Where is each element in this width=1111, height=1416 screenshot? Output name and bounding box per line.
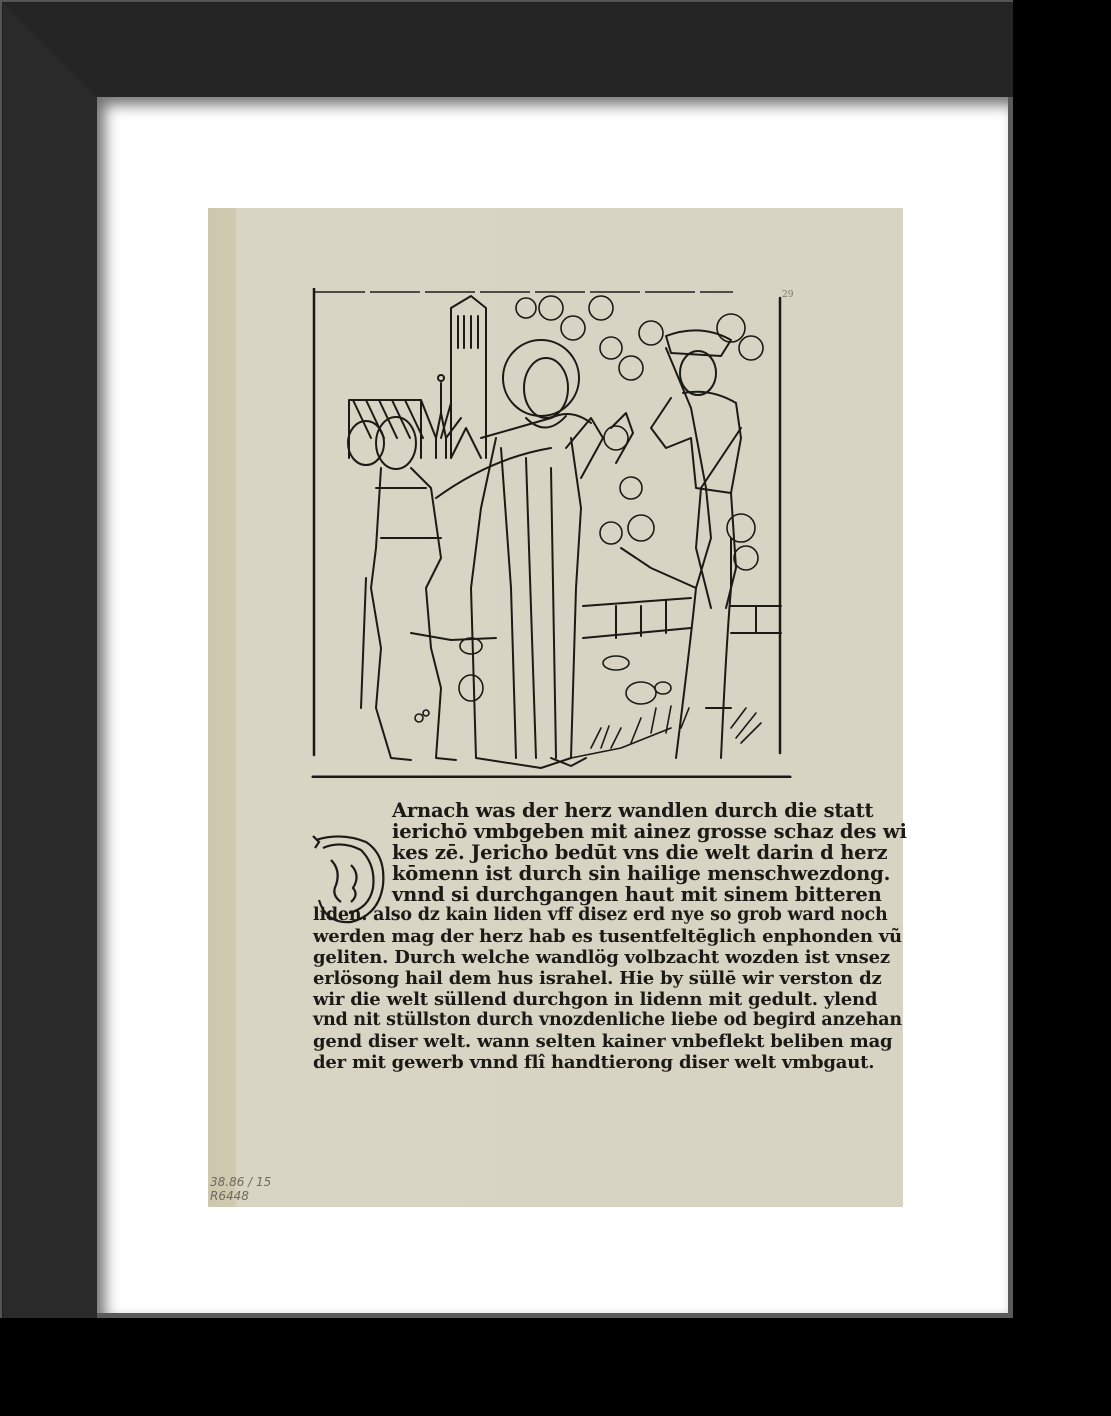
text-line-11: vnd nit stüllston durch vnozdenliche lie… (313, 1010, 793, 1031)
catalog-annotation: 38.86 / 15 R6448 (210, 1175, 271, 1203)
annotation-accession: 38.86 / 15 (210, 1175, 271, 1189)
wall (411, 598, 781, 640)
blackletter-text-block: Arnach was der herz wandlen durch die st… (313, 800, 793, 1073)
woodcut-illustration (311, 288, 793, 778)
text-line-12: gend diser welt. wann selten kainer vnbe… (313, 1031, 793, 1052)
text-line-7: werden mag der herz hab es tusentfeltēgl… (313, 926, 793, 947)
text-line-1: Arnach was der herz wandlen durch die st… (313, 800, 793, 821)
text-line-10: wir die welt süllend durchgon in lidenn … (313, 989, 793, 1010)
frame-bottom-rail (0, 1318, 1111, 1416)
frame-left-rail (3, 3, 97, 1413)
text-line-9: erlösong hail dem hus israhel. Hie by sü… (313, 968, 793, 989)
text-line-13: der mit gewerb vnnd flî handtierong dise… (313, 1052, 793, 1073)
figure-left-men (348, 403, 461, 760)
town-buildings (349, 296, 591, 458)
text-line-8: geliten. Durch welche wandlög volbzacht … (313, 947, 793, 968)
frame-top-rail (3, 3, 1108, 97)
frame-right-rail (1013, 0, 1111, 1416)
decorated-initial-letter (311, 830, 391, 928)
figure-christ (471, 340, 633, 768)
annotation-reference: R6448 (210, 1189, 271, 1203)
tree (516, 296, 763, 758)
figure-zacchaeus (651, 330, 741, 608)
